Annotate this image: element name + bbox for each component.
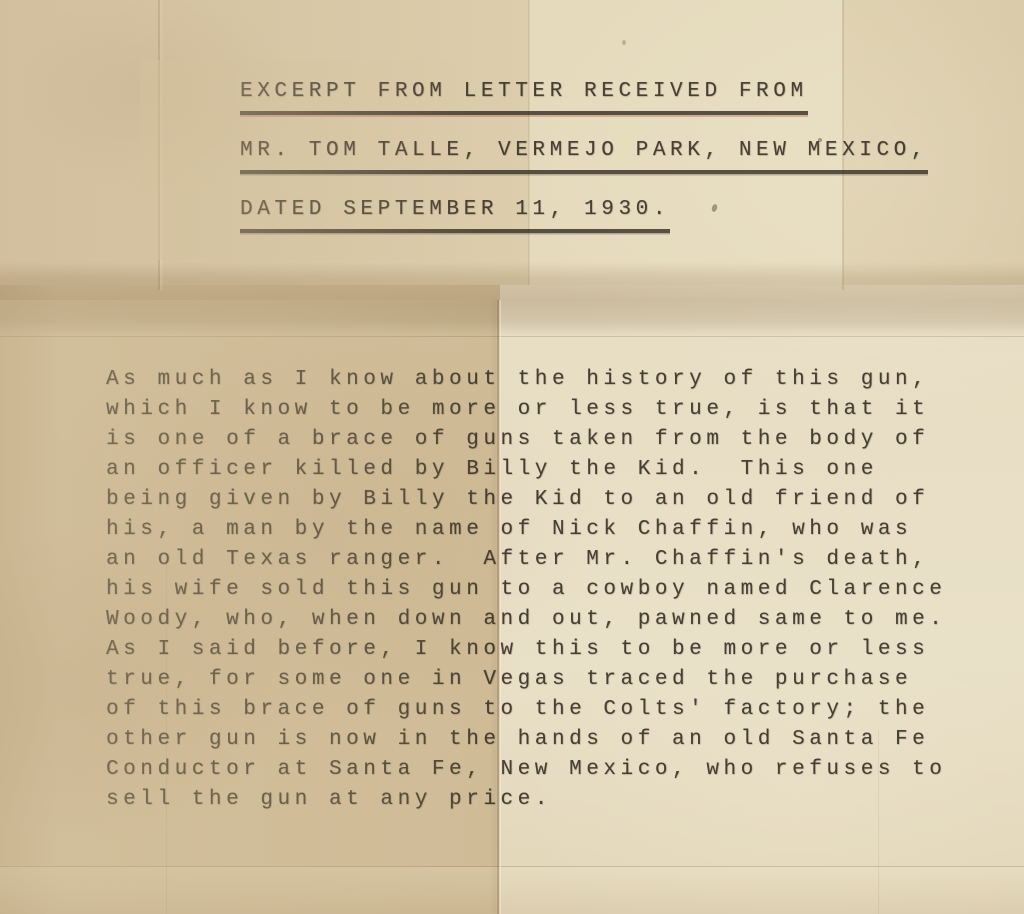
bottom-crease-line	[0, 866, 1024, 914]
body-line-9: Woody, who, when down and out, pawned sa…	[106, 605, 946, 635]
body-line-12: of this brace of guns to the Colts' fact…	[106, 695, 946, 725]
body-line-11: true, for some one in Vegas traced the p…	[106, 665, 946, 695]
body-line-3: is one of a brace of guns taken from the…	[106, 425, 946, 455]
body-line-15: sell the gun at any price.	[106, 785, 946, 815]
body-line-8: his wife sold this gun to a cowboy named…	[106, 575, 946, 605]
body-line-7: an old Texas ranger. After Mr. Chaffin's…	[106, 545, 946, 575]
letter-page: EXCERPT FROM LETTER RECEIVED FROM MR. TO…	[0, 0, 1024, 914]
body-line-10: As I said before, I know this to be more…	[106, 635, 946, 665]
ink-speck	[622, 40, 626, 45]
body-line-4: an officer killed by Billy the Kid. This…	[106, 455, 946, 485]
header-line-3: DATED SEPTEMBER 11, 1930.	[240, 198, 670, 233]
body-line-13: other gun is now in the hands of an old …	[106, 725, 946, 755]
body-line-2: which I know to be more or less true, is…	[106, 395, 946, 425]
body-line-1: As much as I know about the history of t…	[106, 365, 946, 395]
header-line-1: EXCERPT FROM LETTER RECEIVED FROM	[240, 80, 808, 115]
header-line-2: MR. TOM TALLE, VERMEJO PARK, NEW MEXICO,	[240, 139, 928, 174]
body-line-14: Conductor at Santa Fe, New Mexico, who r…	[106, 755, 946, 785]
vertical-fold-top-left	[158, 0, 160, 290]
body-line-6: his, a man by the name of Nick Chaffin, …	[106, 515, 946, 545]
body-line-5: being given by Billy the Kid to an old f…	[106, 485, 946, 515]
letter-header: EXCERPT FROM LETTER RECEIVED FROM MR. TO…	[240, 80, 928, 257]
letter-body: As much as I know about the history of t…	[106, 365, 946, 815]
horizontal-crease-band	[0, 262, 1024, 337]
